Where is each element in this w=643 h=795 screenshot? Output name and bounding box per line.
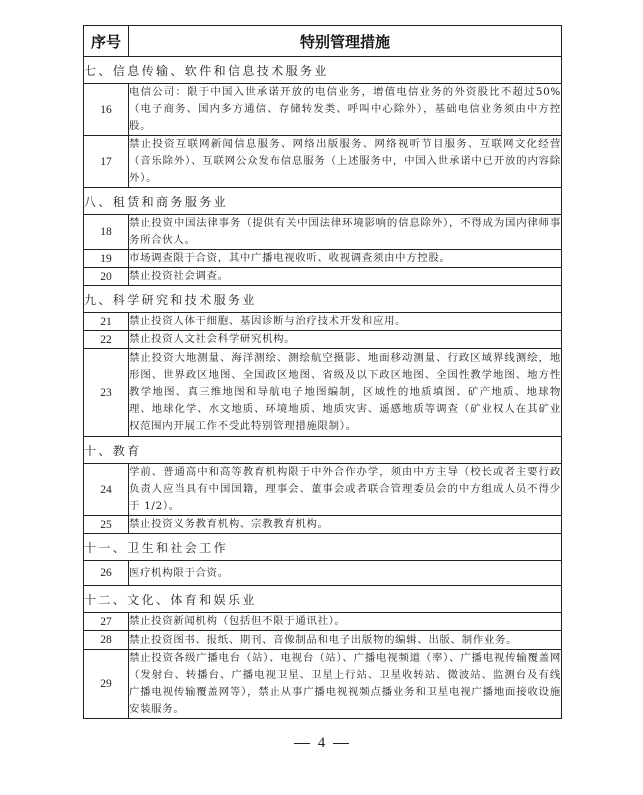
section-title: 十二、文化、体育和娱乐业 — [84, 586, 562, 613]
table-row: 19 市场调查限于合资，其中广播电视收听、收视调查须由中方控股。 — [84, 250, 562, 268]
section-title: 十、教育 — [84, 437, 562, 464]
row-number: 26 — [84, 561, 129, 586]
row-text: 禁止投资中国法律事务（提供有关中国法律环境影响的信息除外），不得成为国内律师事务… — [129, 215, 562, 250]
section-title: 九、科学研究和技术服务业 — [84, 286, 562, 313]
row-text: 禁止投资新闻机构（包括但不限于通讯社）。 — [129, 613, 562, 631]
row-number: 27 — [84, 613, 129, 631]
section-row: 八、租赁和商务服务业 — [84, 188, 562, 215]
page-footer: 4 — [0, 735, 643, 752]
row-number: 22 — [84, 331, 129, 349]
special-measures-table: 序号 特别管理措施 七、信息传输、软件和信息技术服务业 16 电信公司：限于中国… — [83, 25, 562, 719]
row-text: 市场调查限于合资，其中广播电视收听、收视调查须由中方控股。 — [129, 250, 562, 268]
table-row: 27 禁止投资新闻机构（包括但不限于通讯社）。 — [84, 613, 562, 631]
row-text: 医疗机构限于合资。 — [129, 561, 562, 586]
page-number: 4 — [318, 735, 326, 751]
row-number: 24 — [84, 464, 129, 516]
table-row: 25 禁止投资义务教育机构、宗教教育机构。 — [84, 516, 562, 534]
em-dash-right — [333, 743, 349, 745]
header-serial-number: 序号 — [84, 26, 129, 57]
table-row: 23 禁止投资大地测量、海洋测绘、测绘航空摄影、地面移动测量、行政区域界线测绘，… — [84, 349, 562, 437]
row-number: 18 — [84, 215, 129, 250]
em-dash-left — [294, 743, 310, 745]
row-number: 28 — [84, 631, 129, 650]
section-row: 九、科学研究和技术服务业 — [84, 286, 562, 313]
header-special-measures: 特别管理措施 — [129, 26, 562, 57]
row-number: 17 — [84, 136, 129, 188]
row-number: 21 — [84, 313, 129, 331]
section-row: 十二、文化、体育和娱乐业 — [84, 586, 562, 613]
table-row: 24 学前、普通高中和高等教育机构限于中外合作办学，须由中方主导（校长或者主要行… — [84, 464, 562, 516]
table-row: 18 禁止投资中国法律事务（提供有关中国法律环境影响的信息除外），不得成为国内律… — [84, 215, 562, 250]
row-number: 23 — [84, 349, 129, 437]
table-row: 22 禁止投资人文社会科学研究机构。 — [84, 331, 562, 349]
row-text: 禁止投资互联网新闻信息服务、网络出版服务、网络视听节目服务、互联网文化经营（音乐… — [129, 136, 562, 188]
row-text: 禁止投资义务教育机构、宗教教育机构。 — [129, 516, 562, 534]
section-row: 十、教育 — [84, 437, 562, 464]
table-row: 16 电信公司：限于中国入世承诺开放的电信业务，增值电信业务的外资股比不超过50… — [84, 84, 562, 136]
document-page: 序号 特别管理措施 七、信息传输、软件和信息技术服务业 16 电信公司：限于中国… — [0, 0, 643, 795]
row-number: 19 — [84, 250, 129, 268]
row-text: 禁止投资人文社会科学研究机构。 — [129, 331, 562, 349]
section-title: 十一、卫生和社会工作 — [84, 534, 562, 561]
section-title: 七、信息传输、软件和信息技术服务业 — [84, 57, 562, 84]
section-row: 十一、卫生和社会工作 — [84, 534, 562, 561]
row-number: 16 — [84, 84, 129, 136]
row-number: 29 — [84, 650, 129, 719]
table-row: 28 禁止投资图书、报纸、期刊、音像制品和电子出版物的编辑、出版、制作业务。 — [84, 631, 562, 650]
row-number: 25 — [84, 516, 129, 534]
row-text: 禁止投资社会调查。 — [129, 268, 562, 286]
table-row: 29 禁止投资各级广播电台（站）、电视台（站）、广播电视频道（率）、广播电视传输… — [84, 650, 562, 719]
section-title: 八、租赁和商务服务业 — [84, 188, 562, 215]
row-text: 禁止投资人体干细胞、基因诊断与治疗技术开发和应用。 — [129, 313, 562, 331]
row-number: 20 — [84, 268, 129, 286]
table-row: 17 禁止投资互联网新闻信息服务、网络出版服务、网络视听节目服务、互联网文化经营… — [84, 136, 562, 188]
section-row: 七、信息传输、软件和信息技术服务业 — [84, 57, 562, 84]
table-row: 20 禁止投资社会调查。 — [84, 268, 562, 286]
table-header-row: 序号 特别管理措施 — [84, 26, 562, 57]
row-text: 电信公司：限于中国入世承诺开放的电信业务，增值电信业务的外资股比不超过50%（电… — [129, 84, 562, 136]
table-row: 26 医疗机构限于合资。 — [84, 561, 562, 586]
table-row: 21 禁止投资人体干细胞、基因诊断与治疗技术开发和应用。 — [84, 313, 562, 331]
row-text: 禁止投资图书、报纸、期刊、音像制品和电子出版物的编辑、出版、制作业务。 — [129, 631, 562, 650]
row-text: 禁止投资大地测量、海洋测绘、测绘航空摄影、地面移动测量、行政区域界线测绘，地形图… — [129, 349, 562, 437]
row-text: 学前、普通高中和高等教育机构限于中外合作办学，须由中方主导（校长或者主要行政负责… — [129, 464, 562, 516]
row-text: 禁止投资各级广播电台（站）、电视台（站）、广播电视频道（率）、广播电视传输覆盖网… — [129, 650, 562, 719]
